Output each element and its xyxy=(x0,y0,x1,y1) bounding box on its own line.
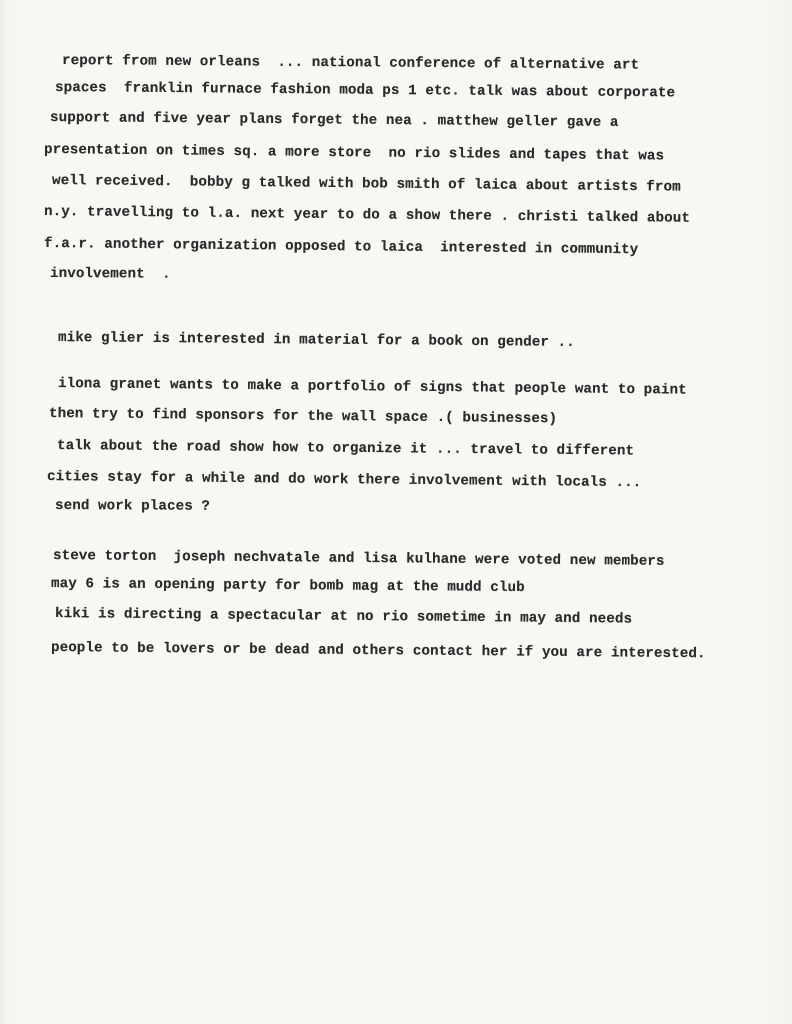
text-line: talk about the road show how to organize… xyxy=(57,438,634,460)
text-line: f.a.r. another organization opposed to l… xyxy=(44,236,638,258)
text-line: then try to find sponsors for the wall s… xyxy=(49,406,557,427)
text-line: steve torton joseph nechvatale and lisa … xyxy=(53,548,665,570)
text-line: involvement . xyxy=(50,266,171,283)
text-line: presentation on times sq. a more store n… xyxy=(44,142,664,164)
typewritten-page: report from new orleans ... national con… xyxy=(0,0,792,1024)
text-line: well received. bobby g talked with bob s… xyxy=(52,173,681,196)
text-line: report from new orleans ... national con… xyxy=(62,53,639,74)
text-line: n.y. travelling to l.a. next year to do … xyxy=(44,204,690,227)
text-line: kiki is directing a spectacular at no ri… xyxy=(55,606,632,628)
text-line: ilona granet wants to make a portfolio o… xyxy=(58,376,687,399)
text-line: people to be lovers or be dead and other… xyxy=(51,640,706,662)
text-line: mike glier is interested in material for… xyxy=(58,330,575,351)
text-line: may 6 is an opening party for bomb mag a… xyxy=(51,576,525,596)
text-line: send work places ? xyxy=(55,498,210,515)
text-line: support and five year plans forget the n… xyxy=(50,110,619,131)
text-line: spaces franklin furnace fashion moda ps … xyxy=(55,80,675,101)
text-line: cities stay for a while and do work ther… xyxy=(47,469,641,491)
